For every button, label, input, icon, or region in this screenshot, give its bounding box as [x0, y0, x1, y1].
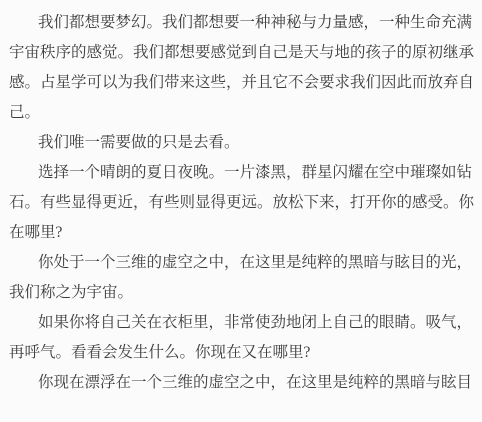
paragraph: 我们唯一需要做的只是去看。	[9, 128, 474, 158]
text-line: 再呼气。看看会发生什么。你现在又在哪里?	[9, 338, 474, 368]
paragraph: 如果你将自己关在衣柜里，非常使劲地闭上自己的眼睛。吸气，再呼气。看看会发生什么。…	[9, 308, 474, 368]
text-body: 我们都想要梦幻。我们都想要一种神秘与力量感，一种生命充满宇宙秩序的感觉。我们都想…	[9, 8, 474, 398]
text-line: 感。占星学可以为我们带来这些，并且它不会要求我们因此而放弃自	[9, 68, 474, 98]
text-line: 你处于一个三维的虚空之中，在这里是纯粹的黑暗与眩目的光，	[9, 248, 474, 278]
text-line: 石。有些显得更近，有些则显得更远。放松下来，打开你的感受。你	[9, 188, 474, 218]
text-line: 我们唯一需要做的只是去看。	[9, 128, 474, 158]
paragraph: 选择一个晴朗的夏日夜晚。一片漆黑，群星闪耀在空中璀璨如钻石。有些显得更近，有些则…	[9, 158, 474, 248]
text-line: 在哪里?	[9, 218, 474, 248]
text-line: 我们都想要梦幻。我们都想要一种神秘与力量感，一种生命充满	[9, 8, 474, 38]
paragraph: 你处于一个三维的虚空之中，在这里是纯粹的黑暗与眩目的光，我们称之为宇宙。	[9, 248, 474, 308]
text-line: 选择一个晴朗的夏日夜晚。一片漆黑，群星闪耀在空中璀璨如钻	[9, 158, 474, 188]
text-line: 你现在漂浮在一个三维的虚空之中，在这里是纯粹的黑暗与眩目	[9, 368, 474, 398]
paragraph: 我们都想要梦幻。我们都想要一种神秘与力量感，一种生命充满宇宙秩序的感觉。我们都想…	[9, 8, 474, 128]
document-page: 我们都想要梦幻。我们都想要一种神秘与力量感，一种生命充满宇宙秩序的感觉。我们都想…	[0, 0, 482, 422]
text-line: 己。	[9, 98, 474, 128]
text-line: 我们称之为宇宙。	[9, 278, 474, 308]
text-line: 宇宙秩序的感觉。我们都想要感觉到自己是天与地的孩子的原初继承	[9, 38, 474, 68]
paragraph: 你现在漂浮在一个三维的虚空之中，在这里是纯粹的黑暗与眩目	[9, 368, 474, 398]
text-line: 如果你将自己关在衣柜里，非常使劲地闭上自己的眼睛。吸气，	[9, 308, 474, 338]
